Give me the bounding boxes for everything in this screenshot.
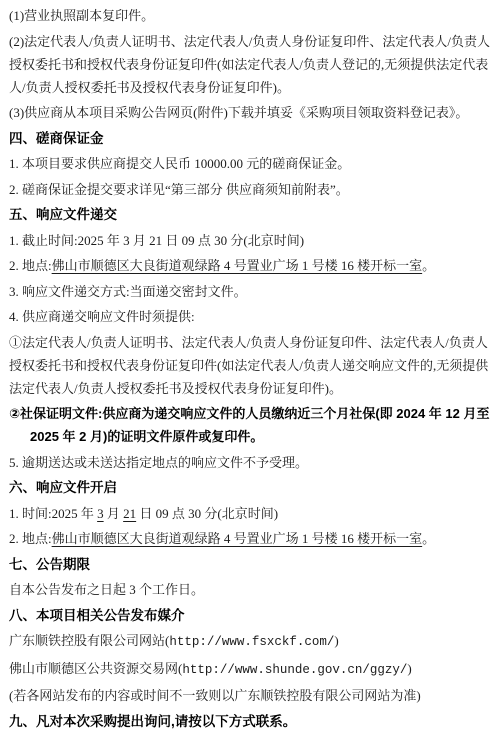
paragraph: 广东顺铁控股有限公司网站(http://www.fsxckf.com/) [9,629,494,654]
text-run: 七、公告期限 [9,557,90,572]
text-run: (1)营业执照副本复印件。 [9,8,154,23]
underlined-text: 佛山市顺德区大良街道观绿路 4 号置业广场 1 号楼 16 楼开标一室 [52,258,423,273]
text-run: (若各网站发布的内容或时间不一致则以广东顺铁控股有限公司网站为准) [9,688,421,703]
underlined-text: 佛山市顺德区大良街道观绿路 4 号置业广场 1 号楼 16 楼开标一室 [52,531,423,546]
section-heading: 六、响应文件开启 [9,476,494,499]
text-run: 佛山市顺德区公共资源交易网( [9,661,182,676]
paragraph: 2. 磋商保证金提交要求详见“第三部分 供应商须知前附表”。 [9,178,494,201]
text-run: 自本公告发布之日起 3 个工作日。 [9,582,204,597]
section-heading: 九、凡对本次采购提出询问,请按以下方式联系。 [9,710,494,733]
text-run: 5. 逾期送达或未送达指定地点的响应文件不予受理。 [9,455,308,470]
text-run: 五、响应文件递交 [9,207,117,222]
section-heading: 四、磋商保证金 [9,127,494,150]
text-run: 2. 地点: [9,258,52,273]
text-run: 1. 时间:2025 年 [9,506,97,521]
section-heading: 五、响应文件递交 [9,203,494,226]
paragraph: 3. 响应文件递交方式:当面递交密封文件。 [9,280,494,303]
section-heading: 七、公告期限 [9,553,494,576]
paragraph: 1. 截止时间:2025 年 3 月 21 日 09 点 30 分(北京时间) [9,229,494,252]
text-run: 六、响应文件开启 [9,480,117,495]
text-run: ) [334,633,338,648]
paragraph: (若各网站发布的内容或时间不一致则以广东顺铁控股有限公司网站为准) [9,684,494,707]
paragraph: ②社保证明文件:供应商为递交响应文件的人员缴纳近三个月社保(即 2024 年 1… [9,402,494,448]
text-run: (2)法定代表人/负责人证明书、法定代表人/负责人身份证复印件、法定代表人/负责… [9,34,490,95]
text-run: 。 [422,531,435,546]
underlined-text: 21 [123,506,136,521]
paragraph: 佛山市顺德区公共资源交易网(http://www.shunde.gov.cn/g… [9,657,494,682]
document-page: (1)营业执照副本复印件。(2)法定代表人/负责人证明书、法定代表人/负责人身份… [0,0,501,737]
paragraph: 5. 逾期送达或未送达指定地点的响应文件不予受理。 [9,451,494,474]
paragraph: 自本公告发布之日起 3 个工作日。 [9,578,494,601]
text-run: ) [407,661,411,676]
paragraph: 1. 本项目要求供应商提交人民币 10000.00 元的磋商保证金。 [9,152,494,175]
url-text: http://www.shunde.gov.cn/ggzy/ [182,663,407,677]
text-run: 。 [422,258,435,273]
text-run: ①法定代表人/负责人证明书、法定代表人/负责人身份证复印件、法定代表人/负责人授… [9,335,488,396]
url-text: http://www.fsxckf.com/ [169,635,334,649]
text-run: 月 [104,506,124,521]
text-run: ②社保证明文件:供应商为递交响应文件的人员缴纳近三个月社保(即 2024 年 1… [9,406,490,444]
paragraph: 1. 时间:2025 年 3 月 21 日 09 点 30 分(北京时间) [9,502,494,525]
paragraph: (1)营业执照副本复印件。 [9,4,494,27]
section-heading: 八、本项目相关公告发布媒介 [9,604,494,627]
paragraph: 2. 地点:佛山市顺德区大良街道观绿路 4 号置业广场 1 号楼 16 楼开标一… [9,527,494,550]
text-run: 4. 供应商递交响应文件时须提供: [9,309,195,324]
document-body: (1)营业执照副本复印件。(2)法定代表人/负责人证明书、法定代表人/负责人身份… [9,4,494,733]
text-run: 广东顺铁控股有限公司网站( [9,633,169,648]
text-run: 2. 磋商保证金提交要求详见“第三部分 供应商须知前附表”。 [9,182,349,197]
text-run: 2. 地点: [9,531,52,546]
text-run: 四、磋商保证金 [9,131,104,146]
text-run: 3. 响应文件递交方式:当面递交密封文件。 [9,284,247,299]
text-run: 1. 截止时间:2025 年 3 月 21 日 09 点 30 分(北京时间) [9,233,304,248]
text-run: 九、凡对本次采购提出询问,请按以下方式联系。 [9,714,296,729]
paragraph: (3)供应商从本项目采购公告网页(附件)下载并填妥《采购项目领取资料登记表》。 [9,101,494,124]
paragraph: (2)法定代表人/负责人证明书、法定代表人/负责人身份证复印件、法定代表人/负责… [9,30,494,99]
paragraph: 4. 供应商递交响应文件时须提供: [9,305,494,328]
text-run: 1. 本项目要求供应商提交人民币 10000.00 元的磋商保证金。 [9,156,350,171]
text-run: (3)供应商从本项目采购公告网页(附件)下载并填妥《采购项目领取资料登记表》。 [9,105,468,120]
paragraph: 2. 地点:佛山市顺德区大良街道观绿路 4 号置业广场 1 号楼 16 楼开标一… [9,254,494,277]
paragraph: ①法定代表人/负责人证明书、法定代表人/负责人身份证复印件、法定代表人/负责人授… [9,331,494,400]
text-run: 八、本项目相关公告发布媒介 [9,608,185,623]
text-run: 日 09 点 30 分(北京时间) [136,506,278,521]
